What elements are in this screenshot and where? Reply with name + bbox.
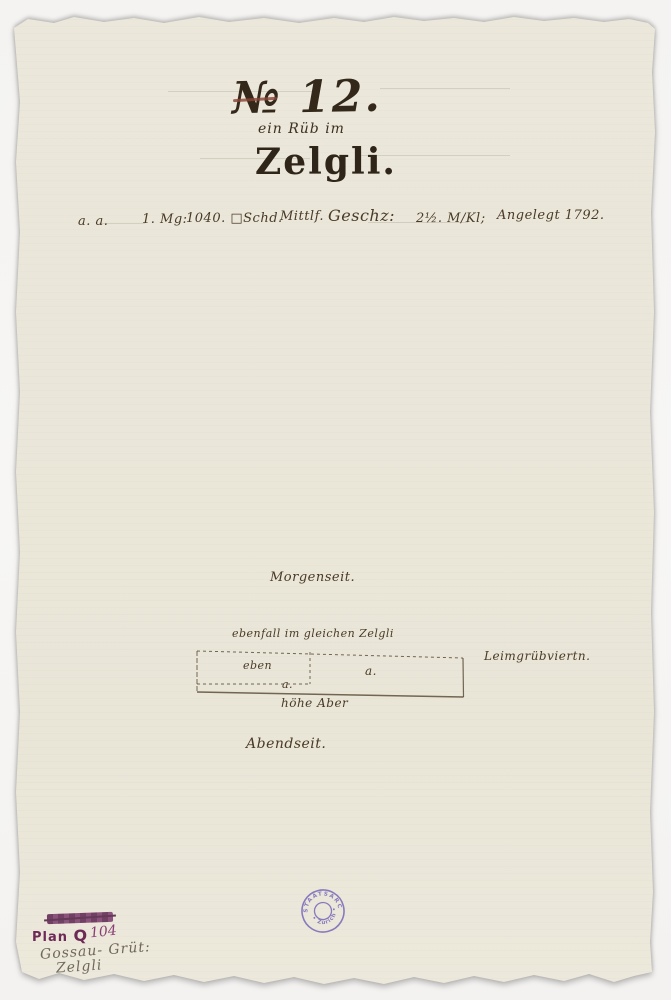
plan-stamp-number: 104 xyxy=(89,923,117,942)
parcel-sketch xyxy=(185,640,485,710)
info-area: 1040. □Schd. xyxy=(186,211,283,226)
above-parcel-label: ebenfall im gleichen Zelgli xyxy=(232,627,394,640)
east-side-label: Morgenseit. xyxy=(270,570,355,585)
info-established: Angelegt 1792. xyxy=(497,208,605,223)
parcel-top-dashed-line xyxy=(197,651,463,658)
info-estimate: Geschz: xyxy=(328,206,395,225)
parcel-right-line xyxy=(463,658,464,697)
plan-stamp-word: Plan xyxy=(32,930,68,945)
west-side-label: Abendseit. xyxy=(246,736,326,752)
plan-subtitle: ein Rüb im xyxy=(258,121,345,137)
parcel-bottom-line xyxy=(197,692,464,697)
info-owner: a. a. xyxy=(78,214,108,229)
info-quality: Mittlf. xyxy=(280,209,324,224)
plan-stamp-label: Plan Q xyxy=(32,926,88,945)
plan-stamp-letter: Q xyxy=(74,926,89,945)
scanned-plan-page: № 12. ein Rüb im Zelgli. a. a. 1. Mg: 10… xyxy=(0,0,671,1000)
faint-rule xyxy=(380,88,510,89)
info-morgen: 1. Mg: xyxy=(142,212,188,227)
svg-text:• Zürich •: • Zürich • xyxy=(309,906,342,929)
pencil-note-line2: Zelgli xyxy=(55,957,102,976)
archive-stamp-bottom-text: • Zürich • xyxy=(309,906,342,929)
neighbour-right-label: Leimgrübviertn. xyxy=(484,649,590,663)
info-value: 2½. M/Kl; xyxy=(416,211,486,226)
plan-title: Zelgli. xyxy=(255,141,397,183)
